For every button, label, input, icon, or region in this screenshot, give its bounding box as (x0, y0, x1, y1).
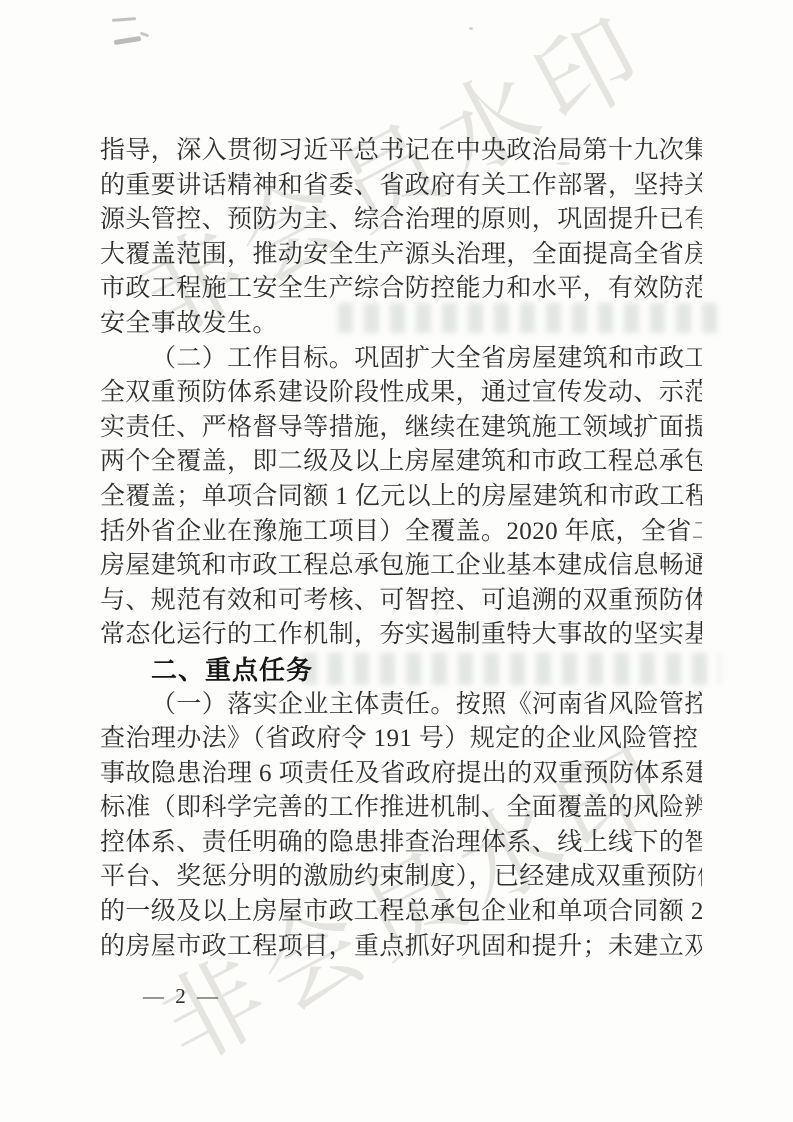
body-line: 实责任、严格督导等措施，继续在建筑施工领域扩面提质，实现 (100, 411, 702, 446)
body-text: 指导，深入贯彻习近平总书记在中央政治局第十九次集体学习时的重要讲话精神和省委、省… (100, 134, 702, 964)
body-line: 括外省企业在豫施工项目）全覆盖。2020 年底，全省二级及以上 (100, 515, 702, 550)
body-line: 房屋建筑和市政工程总承包施工企业基本建成信息畅通、全员参 (100, 549, 702, 584)
body-line: 全覆盖；单项合同额 1 亿元以上的房屋建筑和市政工程项目（包 (100, 480, 702, 515)
body-line: 常态化运行的工作机制，夯实遏制重特大事故的坚实基础。 (100, 618, 702, 653)
body-line: 全双重预防体系建设阶段性成果，通过宣传发动、示范引领、落 (100, 376, 702, 411)
pencil-mark (140, 32, 149, 38)
body-line: 大覆盖范围，推动安全生产源头治理，全面提高全省房屋建筑和 (100, 238, 702, 273)
body-line: 两个全覆盖，即二级及以上房屋建筑和市政工程总承包施工企业 (100, 445, 702, 480)
body-line: 平台、奖惩分明的激励约束制度），已经建成双重预防体系并运行 (100, 860, 702, 895)
body-line: 安全事故发生。 (100, 307, 702, 342)
body-line: 的房屋市政工程项目，重点抓好巩固和提升；未建立双重预防体 (100, 930, 702, 965)
body-line: 与、规范有效和可考核、可智控、可追溯的双重预防体系，形成 (100, 584, 702, 619)
body-line: （二）工作目标。巩固扩大全省房屋建筑和市政工程施工安 (100, 342, 702, 377)
body-line: 市政工程施工安全生产综合防控能力和水平，有效防范各类生产 (100, 272, 702, 307)
body-line: 的一级及以上房屋市政工程总承包企业和单项合同额 2 亿元以上 (100, 895, 702, 930)
pencil-mark (114, 36, 141, 45)
body-line: 源头管控、预防为主、综合治理的原则，巩固提升已有成果，扩 (100, 203, 702, 238)
section-heading: 二、重点任务 (100, 653, 702, 688)
body-line: 事故隐患治理 6 项责任及省政府提出的双重预防体系建设“五有” (100, 757, 702, 792)
scan-speck (469, 27, 473, 30)
body-line: 指导，深入贯彻习近平总书记在中央政治局第十九次集体学习时 (100, 134, 702, 169)
pencil-mark (112, 17, 136, 22)
body-line: 的重要讲话精神和省委、省政府有关工作部署，坚持关口前移、 (100, 169, 702, 204)
body-line: （一）落实企业主体责任。按照《河南省风险管控和隐患排 (100, 688, 702, 723)
page-number: — 2 — (143, 984, 221, 1009)
body-line: 标准（即科学完善的工作推进机制、全面覆盖的风险辨识分级管 (100, 791, 702, 826)
body-line: 查治理办法》（省政府令 191 号）规定的企业风险管控 5 项责任和 (100, 722, 702, 757)
body-line: 控体系、责任明确的隐患排查治理体系、线上线下的智能化信息 (100, 826, 702, 861)
scanned-document-page: 非会员水印 非会员水印 指导，深入贯彻习近平总书记在中央政治局第十九次集体学习时… (0, 0, 793, 1122)
